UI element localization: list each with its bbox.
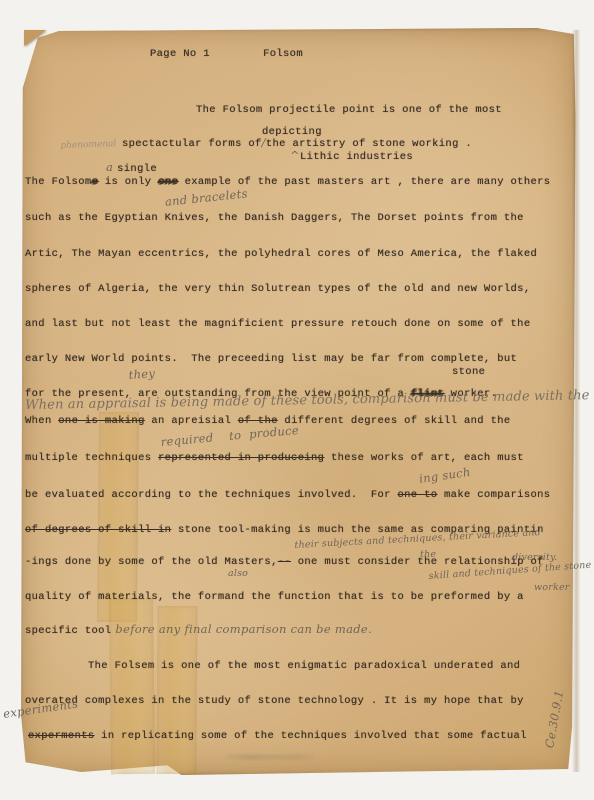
document-line: Page No 1 Folsom xyxy=(150,43,303,61)
typed-text: experments xyxy=(28,730,95,742)
document-line: spheres of Algeria, the very thin Solutr… xyxy=(25,278,530,296)
document-line: experments in replicating some of the te… xyxy=(28,725,527,743)
handwritten-text: worker xyxy=(534,582,570,593)
document-line: The Folsom projectile point is one of th… xyxy=(196,99,502,117)
typed-text: in replicating some of the techniques in… xyxy=(95,730,527,742)
handwritten-text: ing such xyxy=(418,465,471,486)
typed-text: The Folsem is one of the most enigmatic … xyxy=(88,660,520,672)
document-line: overated complexes in the study of stone… xyxy=(25,690,524,708)
typed-text: specific tool xyxy=(25,625,111,637)
typed-text: is only xyxy=(98,176,158,188)
document-line: stone xyxy=(452,361,485,379)
typed-text: these works of art, each must xyxy=(324,452,524,464)
document-line: experiments xyxy=(2,694,79,722)
typed-text: one xyxy=(158,176,178,188)
document-line: ^Lithic industries xyxy=(290,146,413,164)
typed-text: When xyxy=(25,415,58,427)
document-line: be evaluated according to the techniques… xyxy=(25,484,550,502)
typed-text: early New World points. The preceeding l… xyxy=(25,353,517,365)
typed-text: different degrees of skill and the xyxy=(278,415,511,427)
handwritten-text: also xyxy=(228,568,248,579)
typed-text: Page No 1 Folsom xyxy=(150,48,303,60)
typed-text: spectactular forms of xyxy=(122,138,262,150)
typed-text: be evaluated according to the techniques… xyxy=(25,489,397,501)
document-line: also xyxy=(228,563,248,581)
handwritten-text: the xyxy=(420,549,436,560)
scanned-document-page: { "title": "Typewritten manuscript page … xyxy=(0,0,594,800)
document-line: they xyxy=(128,364,156,384)
typed-text: The Folsom xyxy=(25,176,92,188)
typed-text: multiple techniques xyxy=(25,452,158,464)
document-line: and last but not least the magnificient … xyxy=(25,313,530,331)
typed-text: such as the Egyptian Knives, the Danish … xyxy=(25,212,524,224)
typed-text: make comparisons xyxy=(437,489,550,501)
typed-text: Artic, The Mayan eccentrics, the polyhed… xyxy=(25,248,537,260)
handwritten-text: before any final comparison can be made. xyxy=(111,622,372,636)
typed-text: spheres of Algeria, the very thin Solutr… xyxy=(25,283,530,295)
typed-text: Lithic industries xyxy=(300,151,413,163)
document-text-layer: Page No 1 FolsomThe Folsom projectile po… xyxy=(0,0,594,800)
document-line: specific tool before any final compariso… xyxy=(25,620,372,638)
document-line: worker xyxy=(534,577,570,595)
handwritten-text: phenomenal xyxy=(60,139,116,151)
document-line: phenomenal xyxy=(60,133,117,153)
document-line: Artic, The Mayan eccentrics, the polyhed… xyxy=(25,243,537,261)
typed-text: an apreisial xyxy=(145,415,238,427)
typed-text: of degrees of skill in xyxy=(25,524,171,536)
typed-text: represented in produceing xyxy=(158,452,324,464)
document-line: early New World points. The preceeding l… xyxy=(25,348,517,366)
typed-text: and last but not least the magnificient … xyxy=(25,318,530,330)
handwritten-text: they xyxy=(128,366,155,382)
document-line: such as the Egyptian Knives, the Danish … xyxy=(25,207,524,225)
typed-text: stone xyxy=(452,366,485,378)
document-line: the xyxy=(420,544,436,562)
document-line: quality of materials, the formand the fu… xyxy=(25,586,524,604)
document-line: The Folsem is one of the most enigmatic … xyxy=(88,655,520,673)
typed-text: overated complexes in the study of stone… xyxy=(25,695,524,707)
handwritten-text: experiments xyxy=(2,696,79,720)
document-line: The Folsome is only one example of the p… xyxy=(25,171,550,189)
typed-text: quality of materials, the formand the fu… xyxy=(25,591,524,603)
typed-text: one to xyxy=(397,489,437,501)
typed-text: The Folsom projectile point is one of th… xyxy=(196,104,502,116)
document-line: multiple techniques represented in produ… xyxy=(25,447,524,465)
handwritten-text: and bracelets xyxy=(164,186,248,209)
typed-text: -- xyxy=(278,556,291,568)
handwritten-text: ^ xyxy=(290,148,300,162)
typed-text: one is making xyxy=(58,415,144,427)
